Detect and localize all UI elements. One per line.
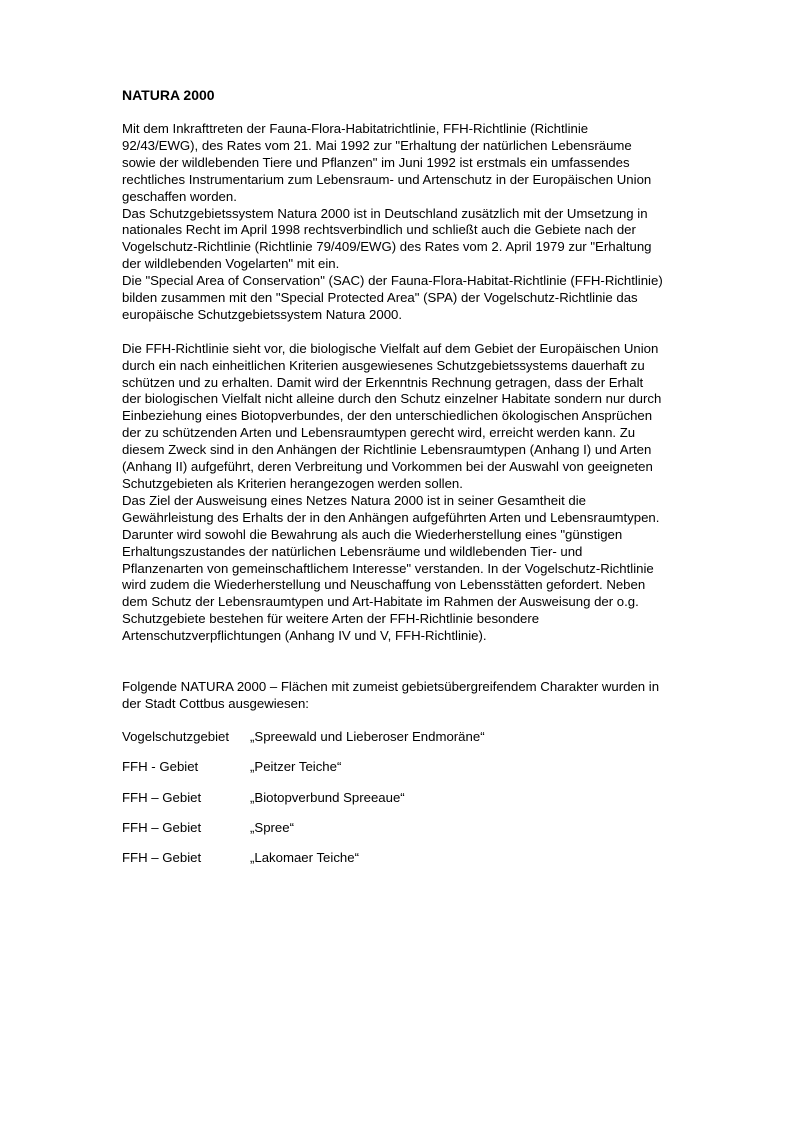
area-type: FFH – Gebiet — [122, 850, 250, 867]
paragraph-goal: Das Ziel der Ausweisung eines Netzes Nat… — [122, 493, 682, 645]
area-name: „Peitzer Teiche“ — [250, 759, 341, 776]
areas-list: Vogelschutzgebiet „Spreewald und Liebero… — [122, 729, 682, 868]
area-name: „Spree“ — [250, 820, 294, 837]
area-type: Vogelschutzgebiet — [122, 729, 250, 746]
list-item: FFH - Gebiet „Peitzer Teiche“ — [122, 759, 682, 776]
list-item: FFH – Gebiet „Biotopverbund Spreeaue“ — [122, 790, 682, 807]
paragraph-ffh-intro: Mit dem Inkrafttreten der Fauna-Flora-Ha… — [122, 121, 682, 206]
list-item: FFH – Gebiet „Spree“ — [122, 820, 682, 837]
paragraph-list-intro: Folgende NATURA 2000 – Flächen mit zumei… — [122, 679, 682, 713]
list-item: Vogelschutzgebiet „Spreewald und Liebero… — [122, 729, 682, 746]
area-type: FFH – Gebiet — [122, 820, 250, 837]
area-type: FFH – Gebiet — [122, 790, 250, 807]
spacer — [122, 713, 682, 729]
spacer — [122, 324, 682, 341]
paragraph-germany: Das Schutzgebietssystem Natura 2000 ist … — [122, 206, 682, 274]
area-type: FFH - Gebiet — [122, 759, 250, 776]
list-item: FFH – Gebiet „Lakomaer Teiche“ — [122, 850, 682, 867]
document-title: NATURA 2000 — [122, 87, 682, 104]
area-name: „Biotopverbund Spreeaue“ — [250, 790, 405, 807]
spacer — [122, 645, 682, 679]
area-name: „Spreewald und Lieberoser Endmoräne“ — [250, 729, 485, 746]
area-name: „Lakomaer Teiche“ — [250, 850, 359, 867]
document-page: NATURA 2000 Mit dem Inkrafttreten der Fa… — [122, 87, 682, 881]
paragraph-biodiversity: Die FFH-Richtlinie sieht vor, die biolog… — [122, 341, 682, 493]
paragraph-sac-spa: Die "Special Area of Conservation" (SAC)… — [122, 273, 682, 324]
